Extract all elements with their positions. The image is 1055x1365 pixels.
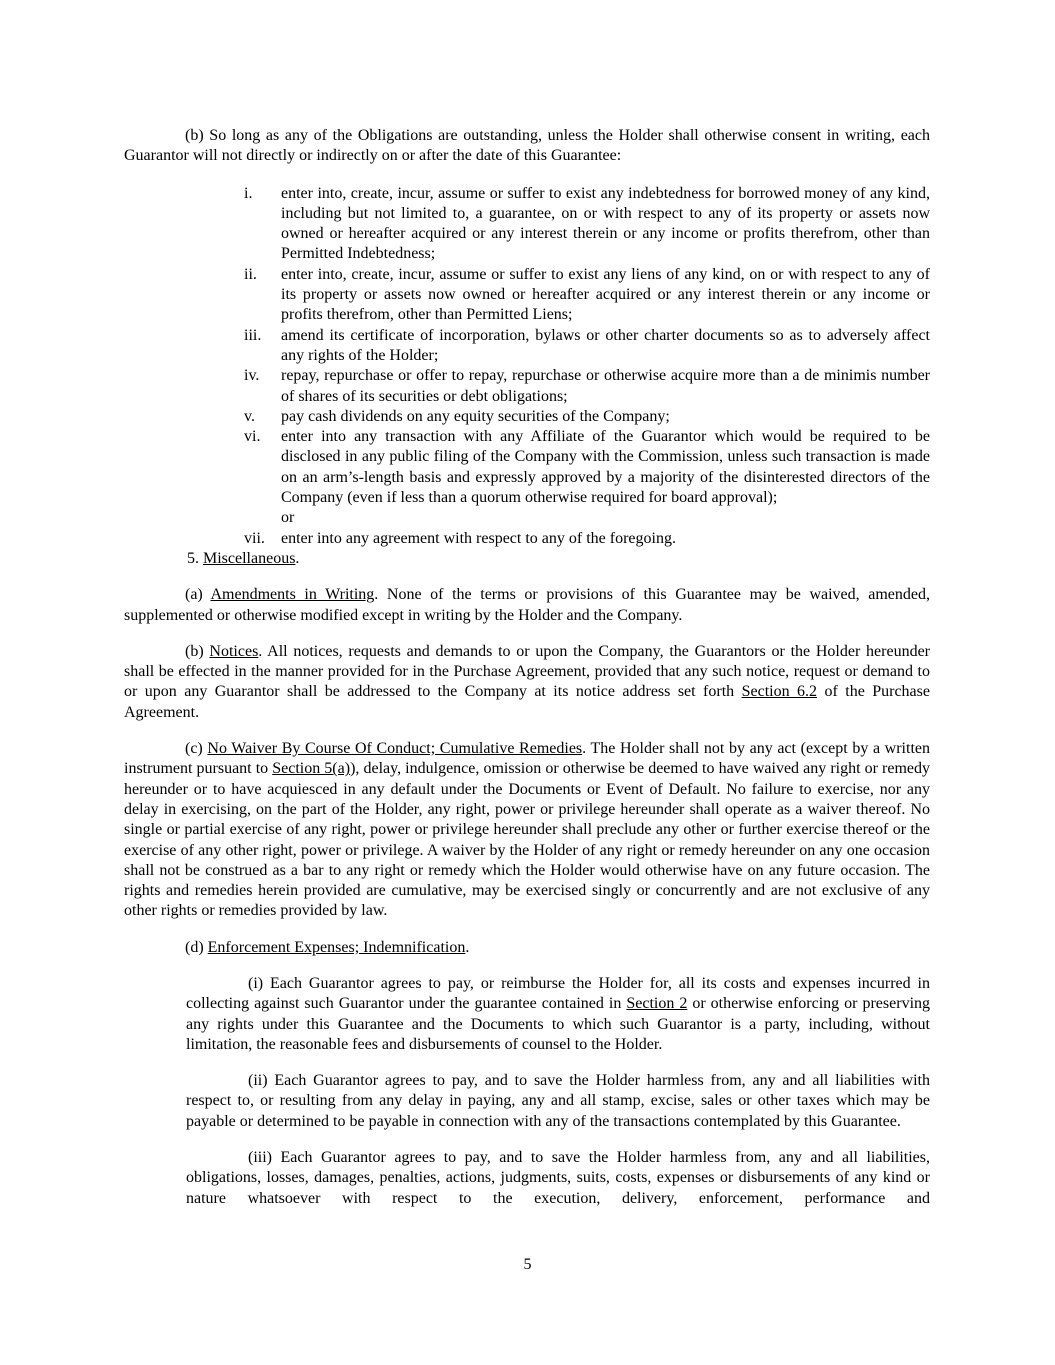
- paragraph-c-no-waiver: (c) No Waiver By Course Of Conduct; Cumu…: [124, 739, 930, 922]
- list-item-iii: iii. amend its certificate of incorporat…: [244, 326, 930, 367]
- list-item-i: i. enter into, create, incur, assume or …: [244, 184, 930, 265]
- list-item-text-main: enter into any transaction with any Affi…: [281, 428, 930, 506]
- list-item-text: enter into any agreement with respect to…: [281, 529, 930, 549]
- section-reference: Section 6.2: [742, 683, 817, 700]
- paragraph-heading: Enforcement Expenses; Indemnification: [208, 939, 466, 956]
- paragraph-heading: Notices: [209, 643, 258, 660]
- paragraph-label: (c): [185, 740, 207, 757]
- list-marker: iii.: [244, 326, 281, 367]
- paragraph-label: (d): [185, 939, 208, 956]
- list-item-text: pay cash dividends on any equity securit…: [281, 407, 930, 427]
- paragraph-heading: No Waiver By Course Of Conduct; Cumulati…: [207, 740, 582, 757]
- paragraph-text: .: [465, 939, 469, 956]
- paragraph-d-enforcement: (d) Enforcement Expenses; Indemnificatio…: [124, 938, 930, 958]
- covenant-list: i. enter into, create, incur, assume or …: [244, 184, 930, 549]
- list-marker: iv.: [244, 366, 281, 407]
- list-item-vi: vi. enter into any transaction with any …: [244, 427, 930, 528]
- section-5-heading: 5. Miscellaneous.: [187, 549, 930, 569]
- list-item-iv: iv. repay, repurchase or offer to repay,…: [244, 366, 930, 407]
- list-item-text: enter into, create, incur, assume or suf…: [281, 184, 930, 265]
- list-marker: vii.: [244, 529, 281, 549]
- paragraph-b-notices: (b) Notices. All notices, requests and d…: [124, 642, 930, 723]
- section-reference: Section 2: [626, 995, 687, 1012]
- paragraph-label: (b): [185, 643, 209, 660]
- section-title-period: .: [295, 550, 299, 567]
- section-number: 5.: [187, 550, 203, 567]
- list-item-text-or: or: [281, 509, 294, 526]
- paragraph-d-iii: (iii) Each Guarantor agrees to pay, and …: [186, 1148, 930, 1209]
- section-reference: Section 5(a): [272, 760, 350, 777]
- list-marker: i.: [244, 184, 281, 265]
- list-item-text: enter into, create, incur, assume or suf…: [281, 265, 930, 326]
- paragraph-d-ii: (ii) Each Guarantor agrees to pay, and t…: [186, 1071, 930, 1132]
- paragraph-d-i: (i) Each Guarantor agrees to pay, or rei…: [186, 974, 930, 1055]
- document-body: (b) So long as any of the Obligations ar…: [124, 126, 930, 1209]
- document-page: (b) So long as any of the Obligations ar…: [0, 0, 1055, 1365]
- paragraph-text: ), delay, indulgence, omission or otherw…: [124, 760, 930, 919]
- paragraph-a-amendments: (a) Amendments in Writing. None of the t…: [124, 585, 930, 626]
- list-item-text: repay, repurchase or offer to repay, rep…: [281, 366, 930, 407]
- paragraph-label: (a): [185, 586, 210, 603]
- list-marker: vi.: [244, 427, 281, 528]
- list-marker: ii.: [244, 265, 281, 326]
- paragraph-intro: (b) So long as any of the Obligations ar…: [124, 126, 930, 167]
- section-title: Miscellaneous: [203, 550, 295, 567]
- list-item-v: v. pay cash dividends on any equity secu…: [244, 407, 930, 427]
- paragraph-heading: Amendments in Writing: [210, 586, 374, 603]
- list-marker: v.: [244, 407, 281, 427]
- list-item-vii: vii. enter into any agreement with respe…: [244, 529, 930, 549]
- page-number: 5: [0, 1255, 1055, 1275]
- list-item-text: amend its certificate of incorporation, …: [281, 326, 930, 367]
- list-item-ii: ii. enter into, create, incur, assume or…: [244, 265, 930, 326]
- list-item-text: enter into any transaction with any Affi…: [281, 427, 930, 528]
